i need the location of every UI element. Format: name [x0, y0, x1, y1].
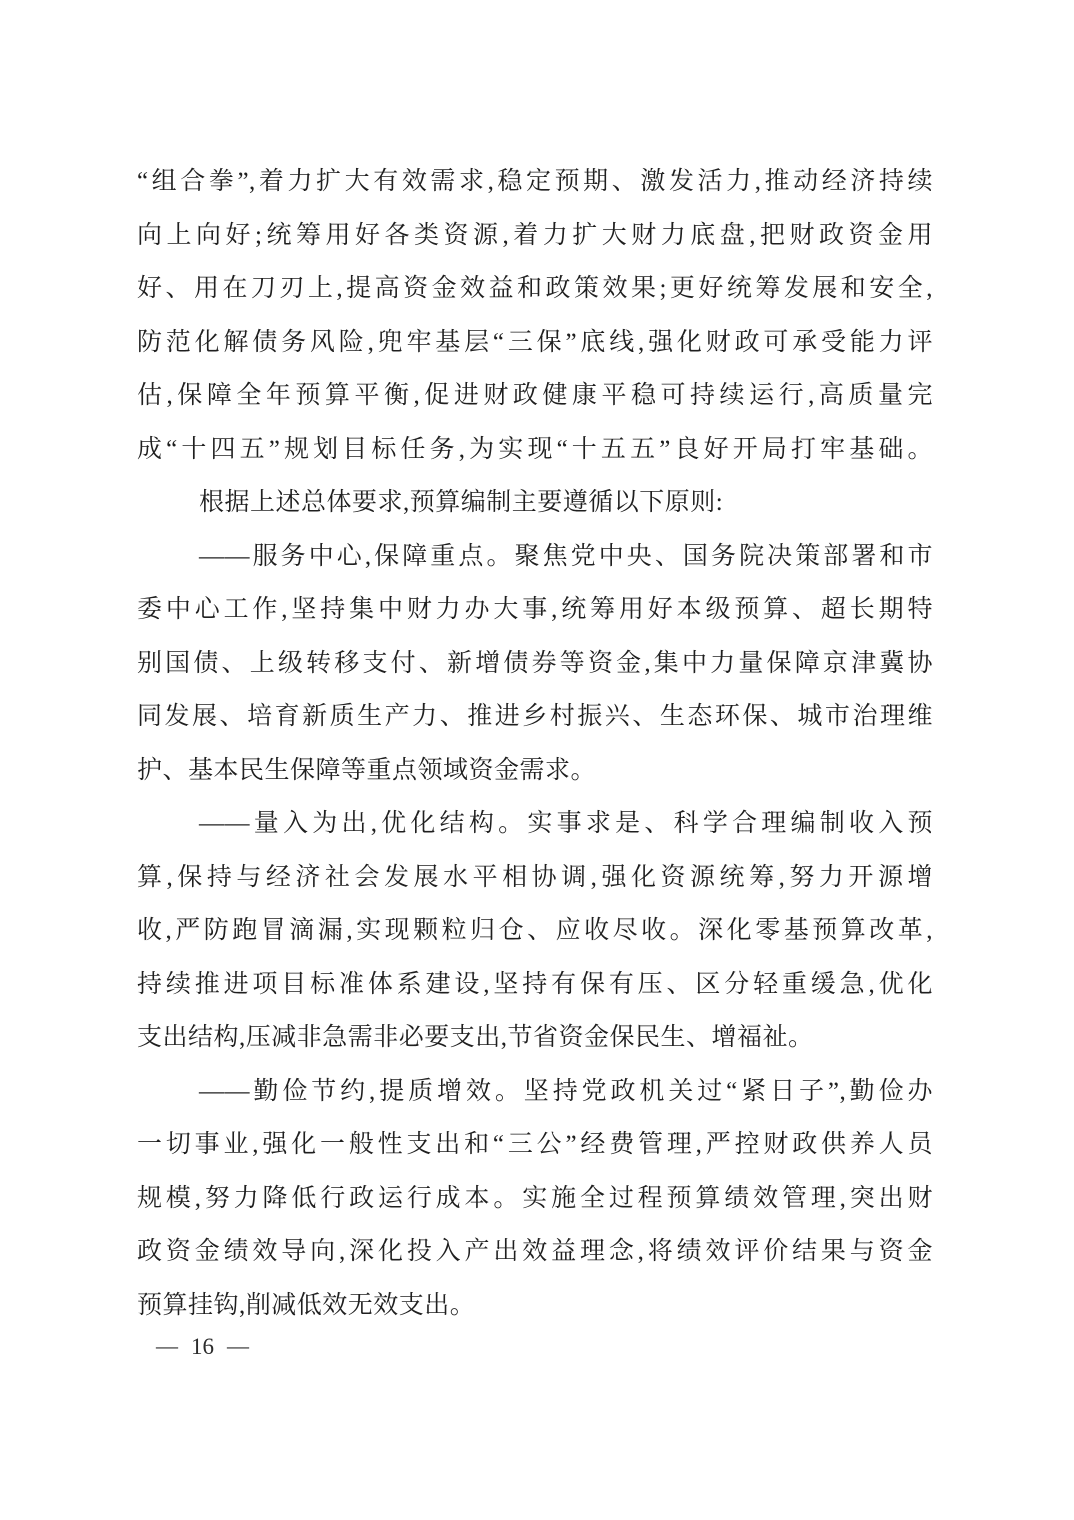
page-number: 16	[191, 1334, 214, 1360]
text-line: 同发展、培育新质生产力、推进乡村振兴、生态环保、城市治理维	[137, 690, 933, 744]
text-line: 委中心工作,坚持集中财力办大事,统筹用好本级预算、超长期特	[137, 583, 933, 637]
text-line: 持续推进项目标准体系建设,坚持有保有压、区分轻重缓急,优化	[137, 958, 933, 1012]
text-line: 规模,努力降低行政运行成本。实施全过程预算绩效管理,突出财	[137, 1172, 933, 1226]
text-line: 估,保障全年预算平衡,促进财政健康平稳可持续运行,高质量完	[137, 369, 933, 423]
text-line: 收,严防跑冒滴漏,实现颗粒归仓、应收尽收。深化零基预算改革,	[137, 904, 933, 958]
document-body: “组合拳”,着力扩大有效需求,稳定预期、激发活力,推动经济持续向上向好;统筹用好…	[137, 155, 933, 1332]
text-line: 别国债、上级转移支付、新增债券等资金,集中力量保障京津冀协	[137, 637, 933, 691]
text-line: 一切事业,强化一般性支出和“三公”经费管理,严控财政供养人员	[137, 1118, 933, 1172]
text-line: 算,保持与经济社会发展水平相协调,强化资源统筹,努力开源增	[137, 851, 933, 905]
text-line: 预算挂钩,削减低效无效支出。	[137, 1279, 933, 1333]
text-line: ——服务中心,保障重点。聚焦党中央、国务院决策部署和市	[137, 530, 933, 584]
text-line: ——量入为出,优化结构。实事求是、科学合理编制收入预	[137, 797, 933, 851]
page-footer: — 16 —	[156, 1332, 249, 1362]
text-line: 护、基本民生保障等重点领域资金需求。	[137, 744, 933, 798]
text-line: ——勤俭节约,提质增效。坚持党政机关过“紧日子”,勤俭办	[137, 1065, 933, 1119]
footer-dash-left: —	[156, 1333, 178, 1359]
text-line: 根据上述总体要求,预算编制主要遵循以下原则:	[137, 476, 933, 530]
text-line: 支出结构,压减非急需非必要支出,节省资金保民生、增福祉。	[137, 1011, 933, 1065]
text-line: 政资金绩效导向,深化投入产出效益理念,将绩效评价结果与资金	[137, 1225, 933, 1279]
text-line: 向上向好;统筹用好各类资源,着力扩大财力底盘,把财政资金用	[137, 209, 933, 263]
text-line: 成“十四五”规划目标任务,为实现“十五五”良好开局打牢基础。	[137, 423, 933, 477]
text-line: “组合拳”,着力扩大有效需求,稳定预期、激发活力,推动经济持续	[137, 155, 933, 209]
footer-dash-right: —	[227, 1333, 249, 1359]
text-line: 好、用在刀刃上,提高资金效益和政策效果;更好统筹发展和安全,	[137, 262, 933, 316]
document-page: “组合拳”,着力扩大有效需求,稳定预期、激发活力,推动经济持续向上向好;统筹用好…	[0, 0, 1074, 1520]
text-line: 防范化解债务风险,兜牢基层“三保”底线,强化财政可承受能力评	[137, 316, 933, 370]
